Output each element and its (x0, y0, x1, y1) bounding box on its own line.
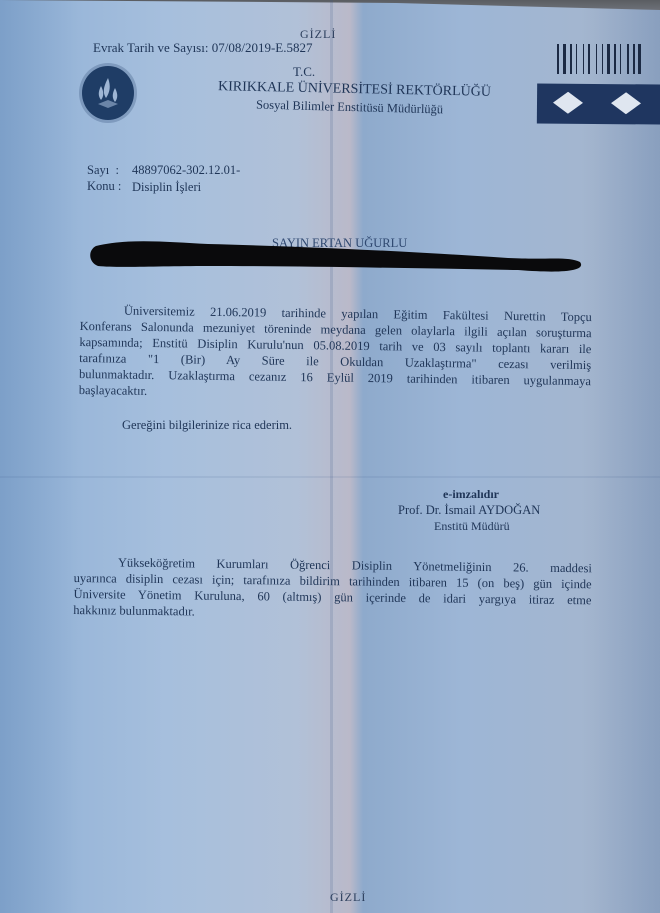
university-seal-icon (82, 66, 134, 120)
redaction-stroke (88, 236, 585, 274)
body-paragraph-2: Yükseköğretim Kurumları Öğrenci Disiplin… (73, 554, 592, 624)
document-date-number: Evrak Tarih ve Sayısı: 07/08/2019-E.5827 (93, 40, 312, 56)
konu-value: Disiplin İşleri (132, 180, 201, 195)
header-tc: T.C. (293, 64, 315, 80)
paper-fold-horizontal (0, 476, 660, 478)
body-paragraph-1: Üniversitemiz 21.06.2019 tarihinde yapıl… (79, 302, 592, 405)
closing-line: Gereğini bilgilerinize rica ederim. (122, 418, 292, 433)
classification-bottom: GİZLİ (330, 890, 366, 905)
barcode-icon (557, 44, 660, 80)
sayi-label: Sayı : (87, 163, 119, 178)
konu-label: Konu : (87, 179, 121, 194)
certification-badge-icon (537, 83, 660, 124)
sayi-value: 48897062-302.12.01- (132, 163, 240, 178)
signatory-title: Enstitü Müdürü (434, 519, 510, 534)
e-signature-note: e-imzalıdır (443, 487, 499, 502)
paper-fold-vertical (330, 0, 333, 913)
signatory-name: Prof. Dr. İsmail AYDOĞAN (398, 503, 540, 518)
